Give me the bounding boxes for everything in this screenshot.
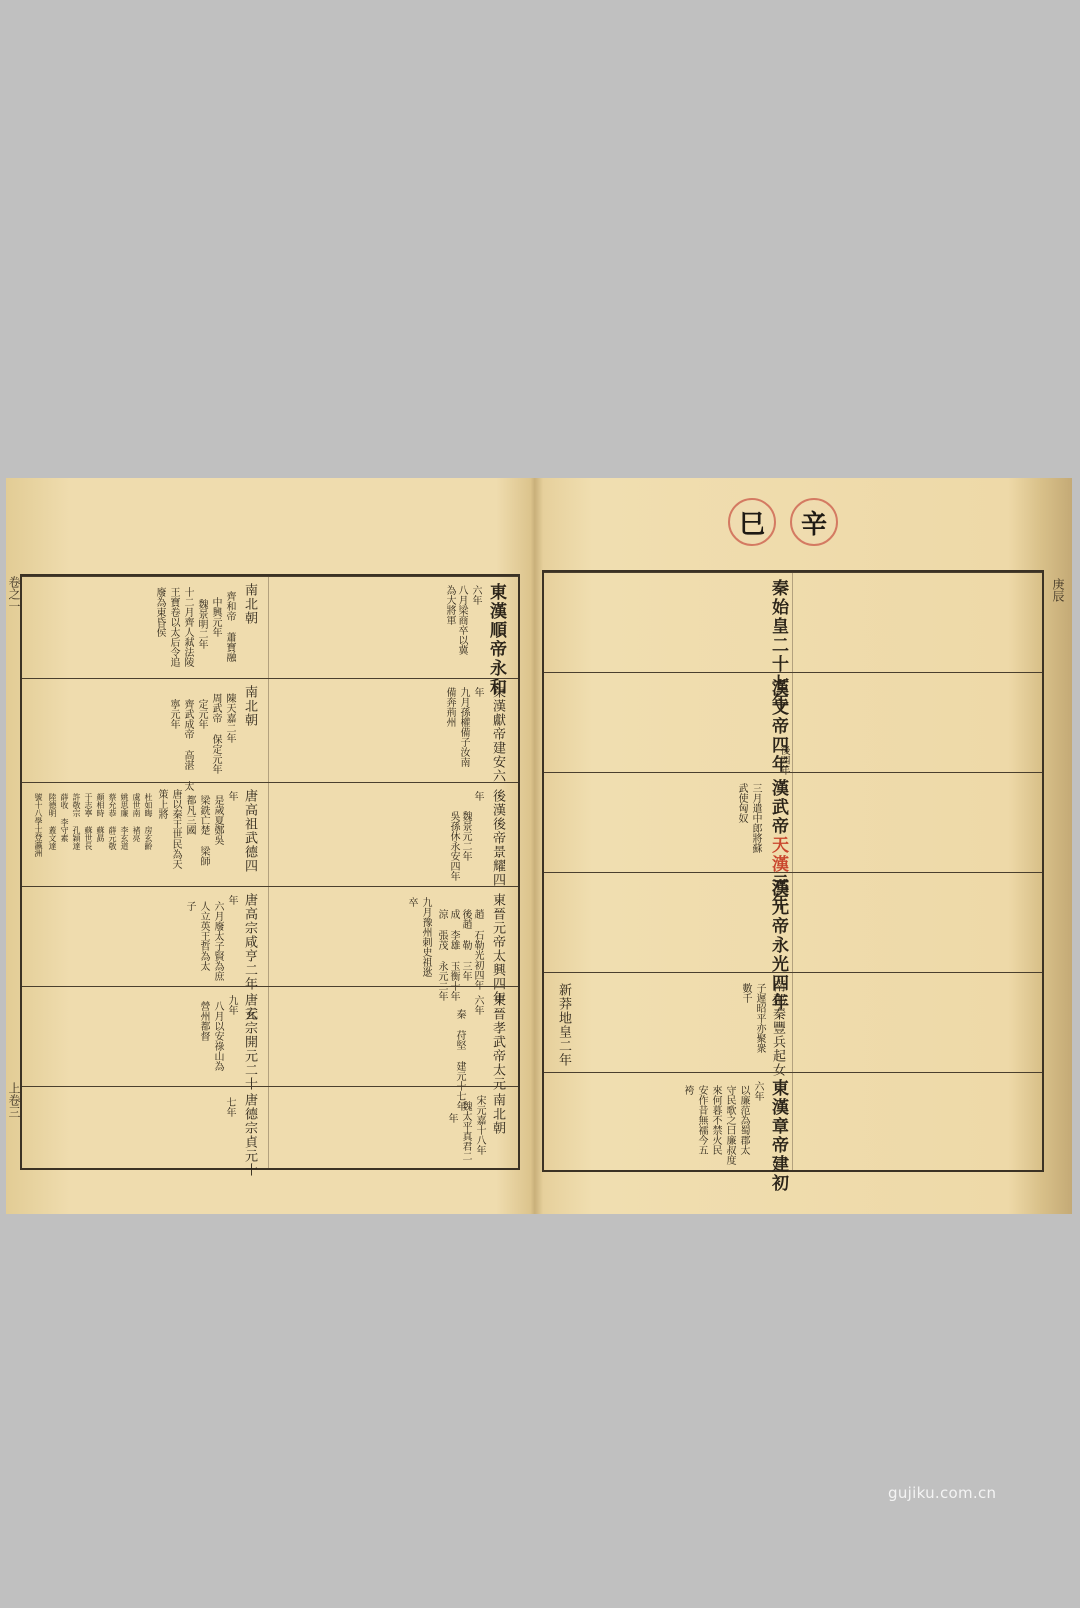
entry-note: 周武帝 保定元年 [210,693,220,774]
entry-note: 袴 [682,1085,692,1095]
entry-note: 是歲夏鄭吳 [212,795,222,845]
entry-note: 定元年 [196,699,206,729]
entry-note: 寧元年 [168,699,178,729]
right-chronology-table: 秦始皇二十七年 漢文帝四年 後四年 漢武帝天漢元年 三月遣中郎將蘇 武使匈奴 漢… [542,570,1044,1172]
entry-note: 安作昔無襦今五 [696,1085,706,1155]
entry-note: 都凡三國 [184,795,194,835]
table-row: 後漢後帝景耀四 年 魏景元二年 吳孫休永安四年 唐高祖武德四 年 是歲夏鄭吳 梁… [22,782,518,887]
entry-note: 後趙 勒 三年 [460,909,470,981]
entry-note: 許敬宗 孔穎達 [72,793,80,850]
entry-note: 九月豫州刺史祖逖 [420,897,430,977]
left-chronology-table: 東漢順帝永和 六年 八月梁商卒以冀 為大將軍 南北朝 齊和帝 蕭寶融 中興元年 … [20,574,520,1170]
table-row: 東晉孝武帝太元 六年 秦 苻堅 建元十七年 唐玄宗開元二十 九年 八月以安祿山為… [22,986,518,1087]
entry-right-title: 東晉孝武帝太元 [491,993,504,1091]
entry-note: 來何暮不禁火民 [710,1085,720,1155]
table-row: 漢武帝天漢元年 三月遣中郎將蘇 武使匈奴 [544,772,1042,873]
entry-note: 魏太平真君二 [460,1101,470,1161]
entry-note: 杜如晦 房玄齡 [144,793,152,850]
left-page: 卷之一 上卷三 東漢順帝永和 六年 八月梁商卒以冀 為大將軍 南北朝 齊和帝 蕭… [6,478,530,1214]
entry-note: 中興元年 [210,597,220,637]
entry-note: 數千 [740,983,750,1003]
entry-note: 九月孫權備子汝南 [458,687,468,767]
entry-note: 備奔荊州 [444,687,454,727]
table-row: 東漢獻帝建安六 年 九月孫權備子汝南 備奔荊州 南北朝 陳天嘉二年 周武帝 保定… [22,678,518,783]
entry-note: 梁銑亡楚 梁師 [198,795,208,866]
table-row: 東漢章帝建初 六年 以廉范為蜀郡太 守民歌之曰廉叔度 來何暮不禁火民 安作昔無襦… [544,1072,1042,1171]
entry-note: 顏相時 蘇勗 [96,793,104,842]
entry-left-title: 唐玄宗開元二十 [243,993,256,1091]
entry-note: 十二月齊人弒法陵 [182,587,192,667]
entry-right-title: 南北朝 [491,1093,504,1135]
table-row: 漢元帝永光四年 [544,872,1042,973]
entry-note: 薛收 李守素 [60,793,68,842]
entry-right-title: 東漢獻帝建安六 [491,685,504,783]
entry-note: 卒 [406,897,416,907]
entry-note: 齊和帝 蕭寶融 [224,591,234,662]
entry-note: 六年 [752,1081,762,1101]
entry-note: 六年 [470,585,480,605]
entry-note: 蔡允恭 薛元敬 [108,793,116,850]
side-year-entry: 新莽地皇二年 [557,983,570,1067]
entry-note: 八月梁商卒以冀 [456,585,466,655]
entry-note: 年 [472,791,482,801]
entry-note: 魏景元二年 [460,811,470,861]
event-entry: 南郡秦豐兵起女 [771,979,784,1077]
entry-note: 八月以安祿山為 [212,1001,222,1071]
entry-note: 王寶卷以太后令追 [168,587,178,667]
entry-note: 陳天嘉二年 [224,693,234,743]
entry-note: 齊武成帝 高湛 太 [182,699,192,791]
entry-left-title: 唐德宗貞元十 [243,1093,256,1177]
entry-note: 七年 [224,1097,234,1117]
era-name-highlight: 天漢 [768,836,788,874]
entry-note: 唐以秦王世民為天 [170,789,180,869]
year-entry-text: 漢武帝 [768,779,788,836]
entry-note: 趙 石勒光初四年 [472,909,482,990]
entry-note: 以廉范為蜀郡太 [738,1085,748,1155]
entry-note: 九年 [226,995,236,1015]
entry-left-title: 南北朝 [243,685,256,727]
entry-right-title: 後漢後帝景耀四 [491,789,504,887]
entry-note: 子遲昭平亦聚衆 [754,983,764,1053]
right-margin-label: 庚辰 [1050,578,1067,602]
ganzhi-seal-xin: 辛 [790,498,838,546]
entry-note: 魏景明二年 [196,599,206,649]
table-row: 漢文帝四年 後四年 [544,672,1042,773]
entry-note: 陸德明 蓋文達 [48,793,56,850]
entry-left-title: 南北朝 [243,583,256,625]
scanned-book-spread: 卷之一 上卷三 東漢順帝永和 六年 八月梁商卒以冀 為大將軍 南北朝 齊和帝 蕭… [6,478,1072,1214]
entry-note: 年 [226,791,236,801]
entry-note: 六月廢太子賢為庶 [212,901,222,981]
year-entry: 東漢章帝建初 [769,1079,786,1193]
table-row: 南郡秦豐兵起女 子遲昭平亦聚衆 數千 新莽地皇二年 [544,972,1042,1073]
entry-note: 虞世南 褚亮 [132,793,140,842]
entry-note: 營州都督 [198,1001,208,1041]
entry-note: 宋元嘉十八年 [474,1095,484,1155]
right-page: 巳 辛 庚辰 秦始皇二十七年 漢文帝四年 後四年 漢武帝天漢元年 三月遣中郎將蘇… [536,478,1072,1214]
entry-note: 年 [446,1113,456,1123]
table-row: 南北朝 宋元嘉十八年 魏太平真君二 年 唐德宗貞元十 七年 [22,1086,518,1169]
entry-note: 守民歌之曰廉叔度 [724,1085,734,1165]
entry-note: 為大將軍 [444,585,454,625]
entry-note: 吳孫休永安四年 [448,811,458,881]
site-watermark: gujiku.com.cn [888,1484,996,1502]
entry-note: 後四年 [778,745,788,775]
entry-note: 姚思廉 李玄道 [120,793,128,850]
table-row: 東晉元帝太興四年 趙 石勒光初四年 後趙 勒 三年 成 李雄 玉衡十年 涼 張茂… [22,886,518,987]
entry-note: 三月遣中郎將蘇 [750,783,760,853]
entry-note: 人立英王哲為太 [198,901,208,971]
entry-note: 武使匈奴 [736,783,746,823]
entry-note: 策上將 [156,789,166,819]
entry-note: 年 [472,687,482,697]
entry-note: 于志寧 蘇世長 [84,793,92,850]
table-row: 東漢順帝永和 六年 八月梁商卒以冀 為大將軍 南北朝 齊和帝 蕭寶融 中興元年 … [22,576,518,679]
entry-note: 號十八學士登瀛洲 [34,793,42,857]
entry-note: 廢為東昏侯 [154,587,164,637]
table-row: 秦始皇二十七年 [544,572,1042,673]
ganzhi-seal-si: 巳 [728,498,776,546]
entry-note: 子 [184,901,194,911]
entry-note: 六年 [472,995,482,1015]
entry-note: 年 [226,895,236,905]
entry-left-title: 唐高祖武德四 [243,789,256,873]
